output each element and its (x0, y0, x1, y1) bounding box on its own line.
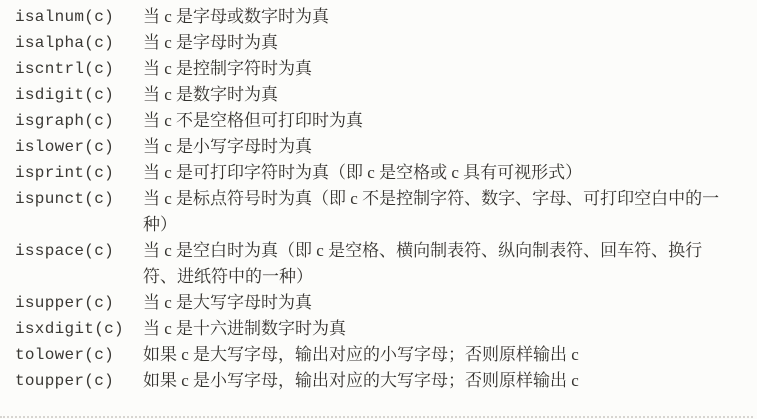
function-name: ispunct(c) (15, 186, 143, 212)
textbook-function-table-page: isalnum(c) 当 c 是字母或数字时为真 isalpha(c) 当 c … (0, 0, 757, 419)
function-description: 当 c 是标点符号时为真（即 c 不是控制字符、数字、字母、可打印空白中的一种） (143, 186, 720, 238)
function-description: 当 c 是字母或数字时为真 (143, 4, 720, 30)
function-description: 当 c 是数字时为真 (143, 82, 720, 108)
function-description: 当 c 是大写字母时为真 (143, 290, 720, 316)
function-name: isspace(c) (15, 238, 143, 264)
function-name: isalpha(c) (15, 30, 143, 56)
table-row: toupper(c) 如果 c 是小写字母，输出对应的大写字母；否则原样输出 c (15, 368, 747, 394)
function-description: 当 c 是可打印字符时为真（即 c 是空格或 c 具有可视形式） (143, 160, 720, 186)
function-name: toupper(c) (15, 368, 143, 394)
function-description: 当 c 是小写字母时为真 (143, 134, 720, 160)
cctype-function-table: isalnum(c) 当 c 是字母或数字时为真 isalpha(c) 当 c … (15, 4, 747, 394)
function-name: islower(c) (15, 134, 143, 160)
function-description: 当 c 不是空格但可打印时为真 (143, 108, 720, 134)
function-name: isalnum(c) (15, 4, 143, 30)
table-row: iscntrl(c) 当 c 是控制字符时为真 (15, 56, 747, 82)
table-row: ispunct(c) 当 c 是标点符号时为真（即 c 不是控制字符、数字、字母… (15, 186, 747, 238)
table-row: isalnum(c) 当 c 是字母或数字时为真 (15, 4, 747, 30)
table-row: isdigit(c) 当 c 是数字时为真 (15, 82, 747, 108)
table-row: isspace(c) 当 c 是空白时为真（即 c 是空格、横向制表符、纵向制表… (15, 238, 747, 290)
table-row: isupper(c) 当 c 是大写字母时为真 (15, 290, 747, 316)
table-row: tolower(c) 如果 c 是大写字母，输出对应的小写字母；否则原样输出 c (15, 342, 747, 368)
table-row: isprint(c) 当 c 是可打印字符时为真（即 c 是空格或 c 具有可视… (15, 160, 747, 186)
function-description: 如果 c 是小写字母，输出对应的大写字母；否则原样输出 c (143, 368, 720, 394)
table-row: islower(c) 当 c 是小写字母时为真 (15, 134, 747, 160)
function-description: 当 c 是控制字符时为真 (143, 56, 720, 82)
function-description: 当 c 是空白时为真（即 c 是空格、横向制表符、纵向制表符、回车符、换行符、进… (143, 238, 720, 290)
table-row: isxdigit(c) 当 c 是十六进制数字时为真 (15, 316, 747, 342)
function-name: isgraph(c) (15, 108, 143, 134)
function-name: isprint(c) (15, 160, 143, 186)
function-name: tolower(c) (15, 342, 143, 368)
function-name: isupper(c) (15, 290, 143, 316)
function-name: isxdigit(c) (15, 316, 143, 342)
function-description: 如果 c 是大写字母，输出对应的小写字母；否则原样输出 c (143, 342, 720, 368)
function-name: isdigit(c) (15, 82, 143, 108)
table-row: isalpha(c) 当 c 是字母时为真 (15, 30, 747, 56)
function-name: iscntrl(c) (15, 56, 143, 82)
function-description: 当 c 是字母时为真 (143, 30, 720, 56)
table-row: isgraph(c) 当 c 不是空格但可打印时为真 (15, 108, 747, 134)
function-description: 当 c 是十六进制数字时为真 (143, 316, 720, 342)
